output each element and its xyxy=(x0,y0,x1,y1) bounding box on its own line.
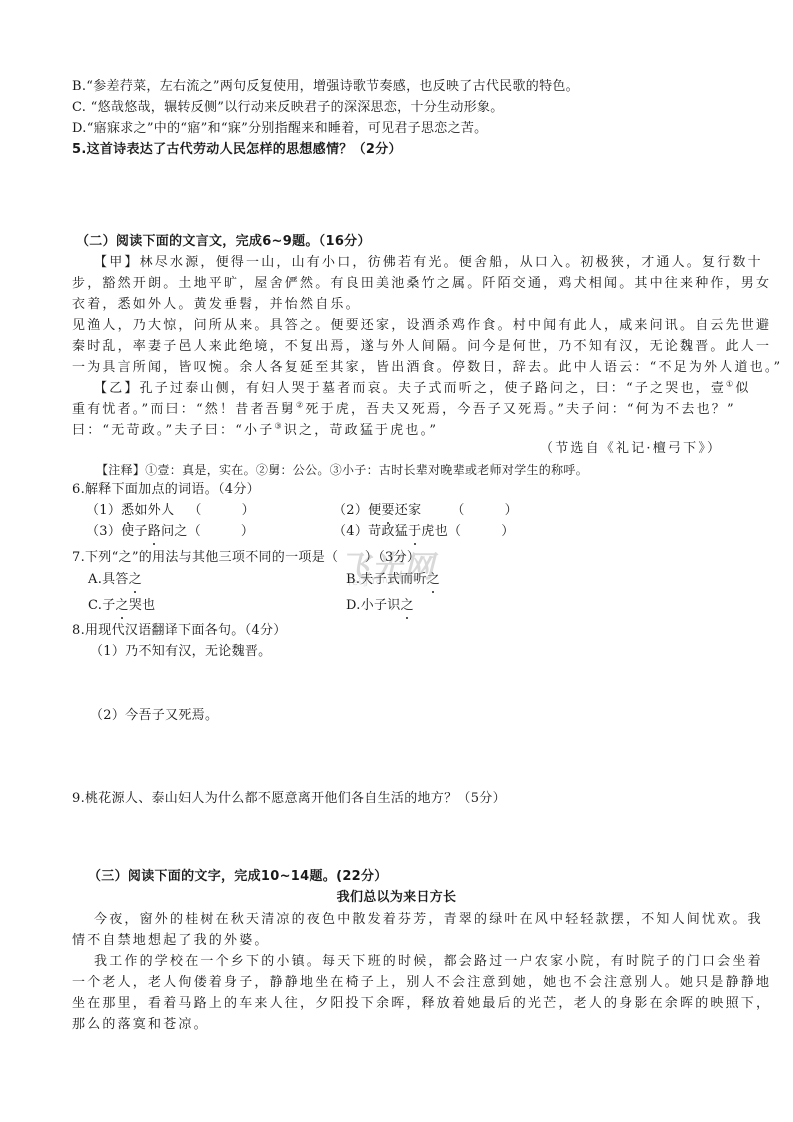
article-paragraph-line: 坐在那里，看着马路上的车来人往，夕阳投下余晖，释放着她最后的光芒，老人的身影在余… xyxy=(72,995,771,1013)
passage-jia-line: 一为具言所闻，皆叹惋。余人各复延至其家，皆出酒食。停数日，辞去。此中人语云：“不… xyxy=(72,359,782,377)
emphasis-char: 之 xyxy=(427,571,440,589)
item-text: 如外人 xyxy=(134,503,174,518)
option-text: A.具答 xyxy=(88,572,129,587)
passage-yi-line: 曰：“无苛政。”夫子曰：“小子③识之，苛政猛于虎也。” xyxy=(72,422,438,440)
passage-jia-line: 步，豁然开朗。土地平旷，屋舍俨然。有良田美池桑竹之属。阡陌交通，鸡犬相闻。其中往… xyxy=(72,275,771,293)
q7-option-d[interactable]: D.小子识之 xyxy=(346,597,414,615)
emphasis-char: 悉 xyxy=(121,502,134,520)
q4-option-b: B.“参差荇菜，左右流之”两句反复使用，增强诗歌节奏感，也反映了古代民歌的特色。 xyxy=(72,78,579,96)
article-title: 我们总以为来日方长 xyxy=(0,889,793,907)
passage-jia-line: 见渔人，乃大惊，问所从来。具答之。便要还家，设酒杀鸡作食。村中闻有此人，咸来问讯… xyxy=(72,317,771,335)
answer-blank[interactable]: （ ） xyxy=(188,524,255,539)
q6-item-3: （3）使子路问之（ ） xyxy=(86,523,254,541)
question-5: 5.这首诗表达了古代劳动人民怎样的思想感情？（2分） xyxy=(72,141,402,159)
passage-jia-line: 【甲】林尽水源，便得一山，山有小口，彷佛若有光。便舍船，从口入。初极狭，才通人。… xyxy=(94,254,763,272)
passage-jia-line: 衣着，悉如外人。黄发垂髫，并怡然自乐。 xyxy=(72,296,361,314)
item-text: 苛政猛 xyxy=(368,524,408,539)
article-paragraph-line: 我工作的学校在一个乡下的小镇。每天下班的时候，都会路过一户农家小院，有时院子的门… xyxy=(94,953,763,971)
footnote-marker: ② xyxy=(296,401,305,410)
item-text: 便 xyxy=(368,503,381,518)
article-paragraph-line: 今夜，窗外的桂树在秋天清凉的夜色中散发着芬芳，青翠的绿叶在风中轻轻款摆，不知人间… xyxy=(94,911,763,929)
emphasis-char: 于 xyxy=(408,523,421,541)
passage-yi-line: 重有忧者。”而曰：“然！昔者吾舅②死于虎，吾夫又死焉，今吾子又死焉。”夫子问：“… xyxy=(72,401,736,419)
q6-item-1: （1）悉如外人（ ） xyxy=(86,502,255,520)
item-text: 问之 xyxy=(161,524,188,539)
emphasis-char: 要 xyxy=(381,502,394,520)
article-paragraph-line: 情不自禁地想起了我的外婆。 xyxy=(72,932,270,950)
passage-yi-text: 识之，苛政猛于虎也。” xyxy=(284,423,438,438)
q4-option-d: D.“寤寐求之”中的“寤”和“寐”分别指醒来和睡着，可见君子思恋之苦。 xyxy=(72,120,487,138)
q8-sentence-2: （2）今吾子又死焉。 xyxy=(90,707,218,725)
option-text: 哭也 xyxy=(129,598,156,613)
article-paragraph-line: 那么的落寞和苍凉。 xyxy=(72,1016,209,1034)
question-8-stem: 8.用现代汉语翻译下面各句。（4分） xyxy=(72,622,287,640)
passage-jia-line: 秦时乱，率妻子邑人来此绝境，不复出焉，遂与外人间隔。问今是何世，乃不知有汉，无论… xyxy=(72,338,771,356)
answer-blank[interactable]: （ ） xyxy=(448,524,515,539)
item-number: （3） xyxy=(86,524,121,539)
annotations: 【注释】①壹：真是，实在。②舅：公公。③小子：古时长辈对晚辈或老师对学生的称呼。 xyxy=(96,461,588,479)
option-text: C.子 xyxy=(88,598,116,613)
q4-option-c: C. “悠哉悠哉，辗转反侧”以行动来反映君子的深深思恋，十分生动形象。 xyxy=(72,99,504,117)
answer-blank[interactable]: （ ） xyxy=(188,503,255,518)
item-text: 虎也 xyxy=(421,524,448,539)
item-number: （1） xyxy=(86,503,121,518)
q8-sentence-1: （1）乃不知有汉，无论魏晋。 xyxy=(90,643,271,661)
item-text: 使子 xyxy=(121,524,148,539)
passage-yi-line: 【乙】孔子过泰山侧，有妇人哭于墓者而哀。夫子式而听之，使子路问之，曰：“子之哭也… xyxy=(94,380,751,398)
q6-item-2: （2）便要还家（ ） xyxy=(333,502,518,520)
passage-yi-text: 似 xyxy=(735,381,750,396)
answer-blank[interactable]: （ ） xyxy=(451,503,518,518)
passage-yi-text: 死于虎，吾夫又死焉，今吾子又死焉。”夫子问：“何为不去也？” xyxy=(305,402,735,417)
option-text: B.夫子式而听 xyxy=(346,572,427,587)
emphasis-char: 之 xyxy=(129,571,142,589)
item-number: （4） xyxy=(333,524,368,539)
section-2-heading: （二）阅读下面的文言文，完成6~9题。（16分） xyxy=(76,233,371,251)
emphasis-char: 之 xyxy=(116,597,129,615)
item-text: 还家 xyxy=(395,503,422,518)
passage-yi-text: 曰：“无苛政。”夫子曰：“小子 xyxy=(72,423,274,438)
emphasis-char: 路 xyxy=(148,523,161,541)
exam-page: B.“参差荇菜，左右流之”两句反复使用，增强诗歌节奏感，也反映了古代民歌的特色。… xyxy=(0,0,793,1122)
option-text: D.小子识 xyxy=(346,598,401,613)
footnote-marker: ③ xyxy=(274,422,283,431)
q7-option-b[interactable]: B.夫子式而听之 xyxy=(346,571,440,589)
passage-yi-text: 重有忧者。”而曰：“然！昔者吾舅 xyxy=(72,402,296,417)
article-paragraph-line: 一个老人，老人佝偻着身子，静静地坐在椅子上，别人不会注意到她，她也不会注意别人。… xyxy=(72,974,771,992)
item-number: （2） xyxy=(333,503,368,518)
question-6-stem: 6.解释下面加点的词语。（4分） xyxy=(72,481,260,499)
source-citation: （节选自《礼记·檀弓下》） xyxy=(540,440,722,458)
emphasis-char: 之 xyxy=(401,597,414,615)
passage-yi-text: 【乙】孔子过泰山侧，有妇人哭于墓者而哀。夫子式而听之，使子路问之，曰：“子之哭也… xyxy=(94,381,726,396)
question-9: 9.桃花源人、泰山妇人为什么都不愿意离开他们各自生活的地方？（5分） xyxy=(72,790,506,808)
section-3-heading: （三）阅读下面的文字，完成10~14题。(22分） xyxy=(88,868,388,886)
q7-option-a[interactable]: A.具答之 xyxy=(88,571,142,589)
q7-option-c[interactable]: C.子之哭也 xyxy=(88,597,155,615)
q6-item-4: （4）苛政猛于虎也（ ） xyxy=(333,523,515,541)
question-7-stem: 7.下列“之”的用法与其他三项不同的一项是（ ）（3分） xyxy=(72,549,420,567)
